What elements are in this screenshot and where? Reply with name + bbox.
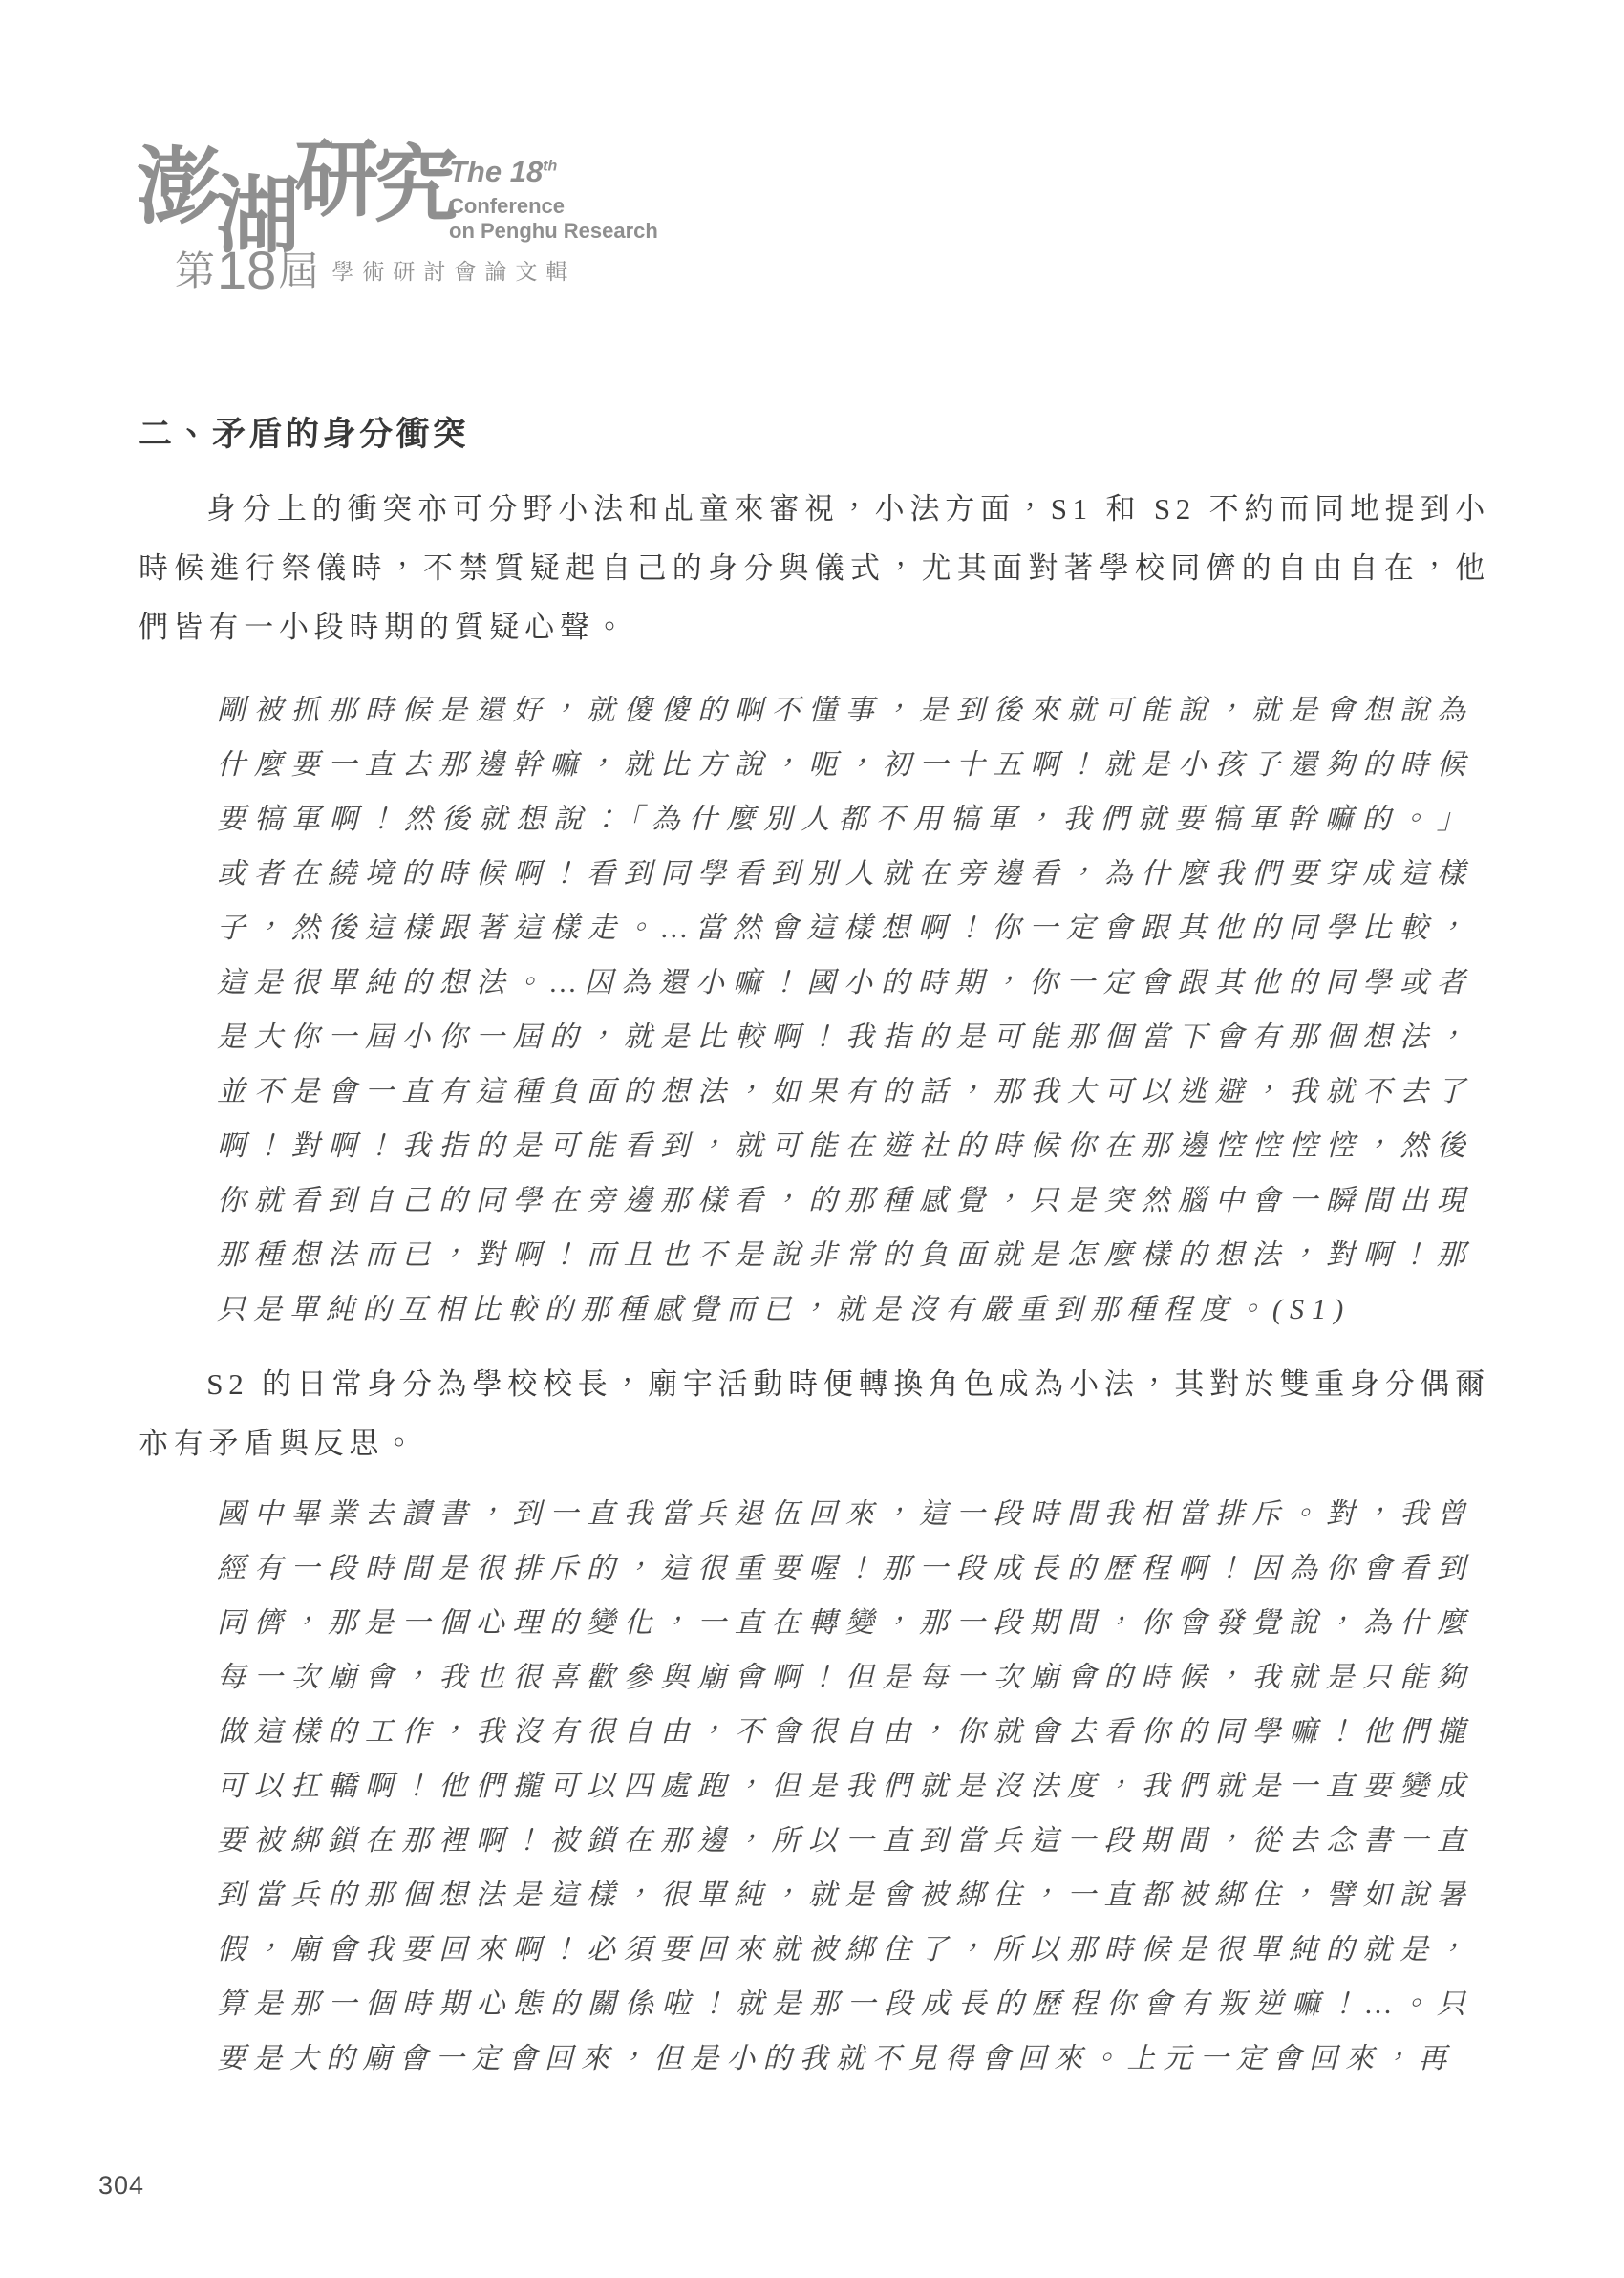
paragraph-1: 身分上的衝突亦可分野小法和乩童來審視，小法方面，S1 和 S2 不約而同地提到小… <box>139 480 1490 657</box>
logo-conference-line1: Conference <box>449 194 658 219</box>
logo-latin-block: The 18th Conference on Penghu Research <box>449 157 658 245</box>
edition-line: 第18屆學術研討會論文輯 <box>175 239 576 301</box>
edition-number: 18 <box>215 240 278 300</box>
logo-character: 研 <box>294 113 374 233</box>
interview-quote-s1: 剛被抓那時候是還好，就傻傻的啊不懂事，是到後來就可能說，就是會想說為什麼要一直去… <box>217 683 1473 1337</box>
conference-logo: 澎湖研究 The 18th Conference on Penghu Resea… <box>91 75 664 304</box>
edition-subtitle: 學術研討會論文輯 <box>318 259 576 284</box>
edition-suffix: 屆 <box>278 248 318 293</box>
logo-th-superscript: th <box>543 159 557 175</box>
logo-the-18th: The 18th <box>449 157 658 186</box>
logo-the-text: The 18 <box>449 155 543 188</box>
paragraph-2: S2 的日常身分為學校校長，廟宇活動時便轉換角色成為小法，其對於雙重身分偶爾亦有… <box>139 1355 1490 1473</box>
logo-character: 澎 <box>137 120 216 241</box>
edition-prefix: 第 <box>175 248 215 293</box>
logo-conference-lines: Conference on Penghu Research <box>449 194 658 245</box>
penghu-research-calligraphy-logo: 澎湖研究 <box>137 120 453 241</box>
logo-character: 究 <box>374 118 453 239</box>
page-number: 304 <box>98 2171 144 2201</box>
section-heading: 二、矛盾的身分衝突 <box>139 408 470 456</box>
document-page: 澎湖研究 The 18th Conference on Penghu Resea… <box>0 0 1624 2278</box>
interview-quote-s2: 國中畢業去讀書，到一直我當兵退伍回來，這一段時間我相當排斥。對，我曾經有一段時間… <box>217 1487 1473 2086</box>
